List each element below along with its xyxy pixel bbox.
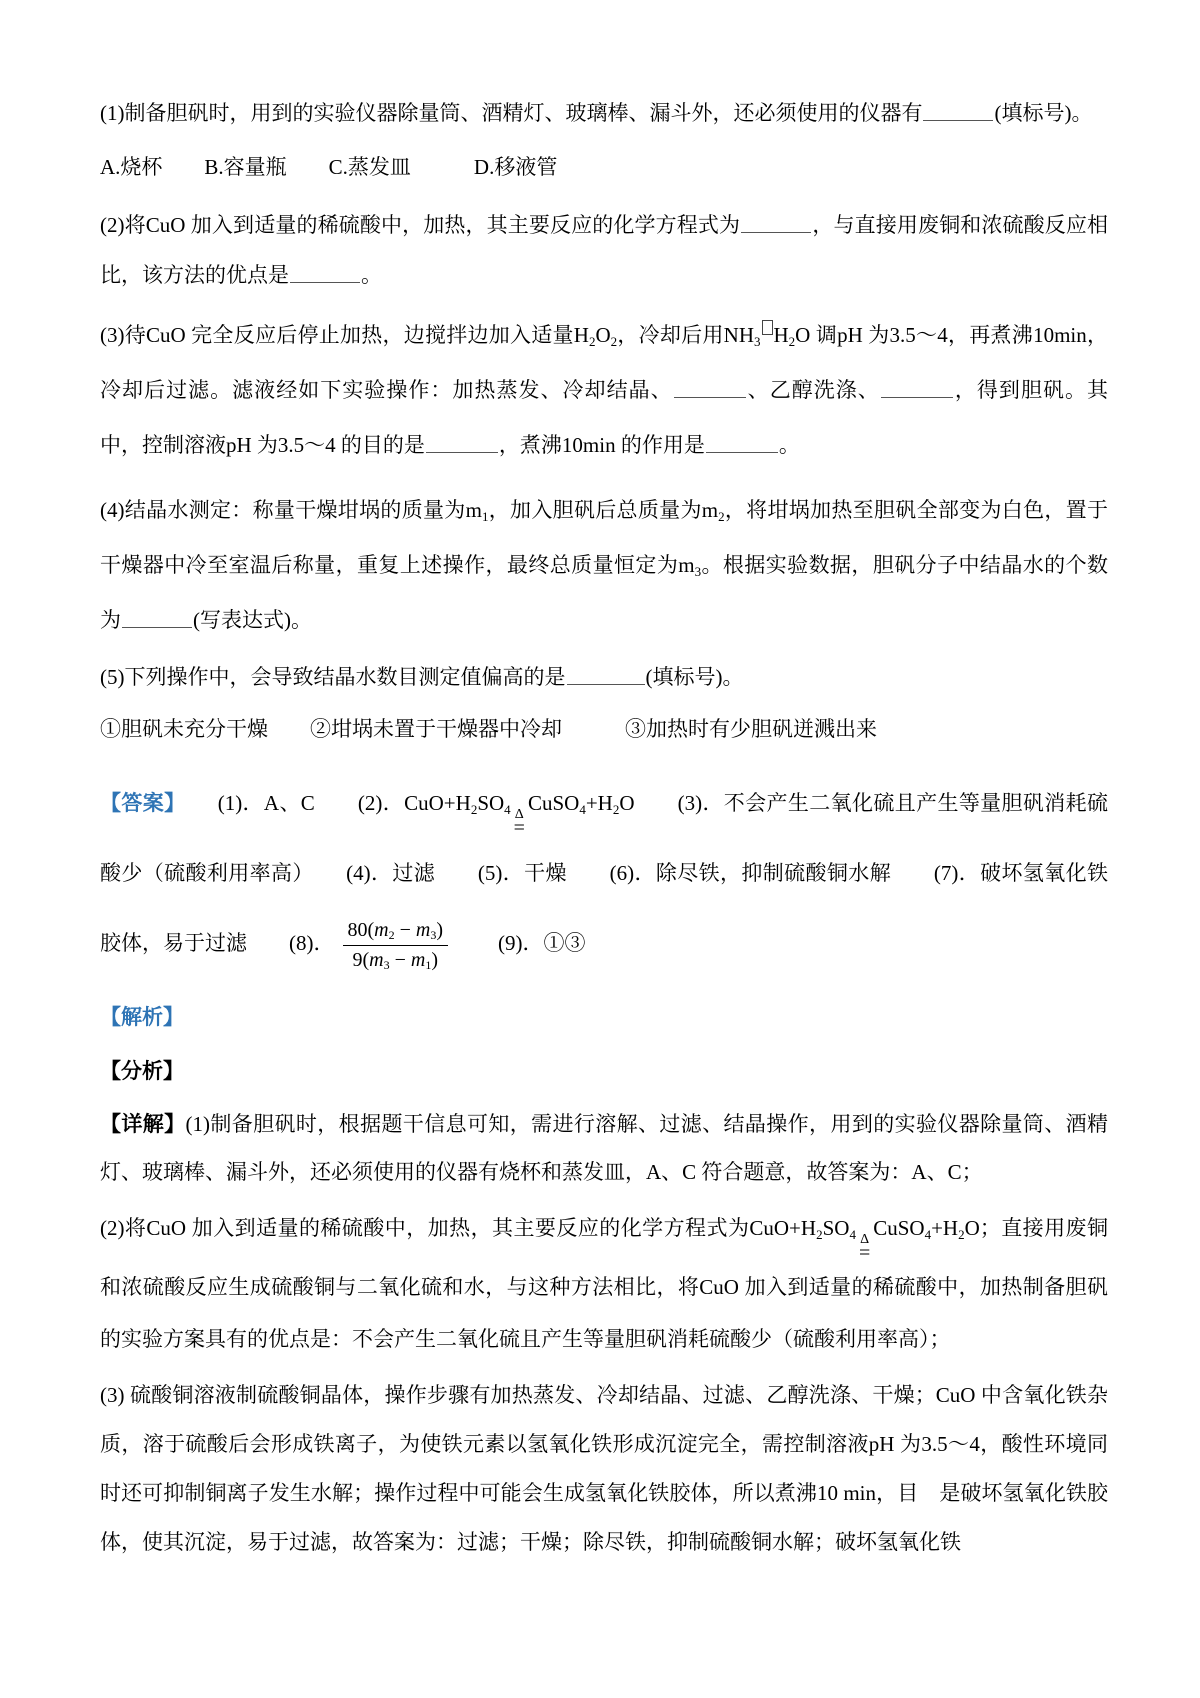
question-5: (5)下列操作中，会导致结晶水数目测定值偏高的是(填标号)。 — [100, 652, 1108, 702]
text-run: (写表达式)。 — [193, 608, 312, 632]
text-run: SO — [477, 791, 504, 815]
equals-sign: = — [859, 1246, 870, 1261]
text-run: 、乙醇洗涤、 — [747, 378, 880, 402]
text-run: (3)待CuO 完全反应后停止加热，边搅拌边加入适量H — [100, 323, 589, 347]
analysis-header: 【解析】 — [100, 992, 1108, 1042]
fraction-numerator: 80(m2 − m3) — [343, 918, 449, 946]
detail-paragraph-3: (3) 硫酸铜溶液制硫酸铜晶体，操作步骤有加热蒸发、冷却结晶、过滤、乙醇洗涤、干… — [100, 1371, 1108, 1567]
fill-in-blank — [706, 436, 778, 453]
equals-sign: = — [514, 821, 525, 836]
text-run: +H — [931, 1216, 958, 1240]
text-run: A.烧杯 B.容量瓶 C.蒸发皿 D.移液管 — [100, 155, 557, 179]
text-run: 。 — [779, 433, 800, 457]
question-2: (2)将CuO 加入到适量的稀硫酸中，加热，其主要反应的化学方程式为，与直接用废… — [100, 200, 1108, 300]
text-run: 9( — [353, 949, 370, 971]
text-run: (1)制备胆矾时，根据题干信息可知，需进行溶解、过滤、结晶操作，用到的实验仪器除… — [100, 1112, 1108, 1184]
italic-variable: m — [374, 919, 388, 941]
italic-variable: m — [416, 919, 430, 941]
text-run: (2)将CuO 加入到适量的稀硫酸中，加热，其主要反应的化学方程式为 — [100, 213, 740, 237]
fill-in-blank — [290, 266, 360, 283]
text-run: (5)下列操作中，会导致结晶水数目测定值偏高的是 — [100, 665, 566, 689]
text-run: (4)结晶水测定：称量干燥坩埚的质量为m — [100, 498, 482, 522]
detail-paragraph-2: (2)将CuO 加入到适量的稀硫酸中，加热，其主要反应的化学方程式为CuO+H2… — [100, 1202, 1108, 1365]
subscript: 4 — [849, 1227, 856, 1242]
text-run: − — [390, 949, 411, 971]
section-label: 【解析】 — [100, 1005, 184, 1029]
text-run: CuSO — [528, 791, 579, 815]
subscript: 3 — [754, 334, 761, 349]
text-run: +H — [586, 791, 613, 815]
question-1: (1)制备胆矾时，用到的实验仪器除量筒、酒精灯、玻璃棒、漏斗外，还必须使用的仪器… — [100, 88, 1108, 138]
text-run: (9)．①③ — [456, 931, 586, 955]
text-run: (2)将CuO 加入到适量的稀硫酸中，加热，其主要反应的化学方程式为CuO+H — [100, 1216, 816, 1240]
text-run: H — [774, 323, 789, 347]
text-run: O (3)．不会产生二氧化硫且产生等量胆矾消耗硫酸少（硫酸利用率高） (4)．过… — [100, 791, 1108, 955]
fraction-denominator: 9(m3 − m1) — [343, 946, 449, 973]
text-run: − — [395, 919, 416, 941]
section-label: 【详解】 — [100, 1112, 186, 1136]
text-run: ) — [436, 919, 443, 941]
text-run: O — [595, 323, 610, 347]
document-body: (1)制备胆矾时，用到的实验仪器除量筒、酒精灯、玻璃棒、漏斗外，还必须使用的仪器… — [100, 88, 1108, 1567]
fill-in-blank — [122, 611, 192, 628]
delta-equals-sign: Δ= — [859, 1233, 870, 1261]
text-run: 80( — [348, 919, 375, 941]
text-run: ，加入胆矾后总质量为m — [488, 498, 718, 522]
question-3: (3)待CuO 完全反应后停止加热，边搅拌边加入适量H2O2，冷却后用NH3H2… — [100, 308, 1108, 473]
missing-glyph-box — [762, 320, 773, 335]
question-4: (4)结晶水测定：称量干燥坩埚的质量为m1，加入胆矾后总质量为m2，将坩埚加热至… — [100, 483, 1108, 648]
text-run: SO — [823, 1216, 850, 1240]
answer-block: 【答案】 (1)．A、C (2)．CuO+H2SO4Δ=CuSO4+H2O (3… — [100, 768, 1108, 978]
fill-in-blank — [674, 381, 746, 398]
analysis-label: 【分析】 — [100, 1046, 1108, 1096]
text-run: CuSO — [873, 1216, 924, 1240]
italic-variable: m — [411, 949, 425, 971]
question-5-choices: ①胆矾未充分干燥 ②坩埚未置于干燥器中冷却 ③加热时有少胆矾迸溅出来 — [100, 704, 1108, 754]
fill-in-blank — [426, 436, 498, 453]
text-run: ，煮沸10min 的作用是 — [499, 433, 705, 457]
fill-in-blank — [741, 216, 811, 233]
italic-variable: m — [369, 949, 383, 971]
delta-equals-sign: Δ= — [514, 808, 525, 836]
text-run: (填标号)。 — [994, 101, 1092, 125]
text-run: (填标号)。 — [646, 665, 744, 689]
text-run: 。 — [361, 263, 382, 287]
fraction: 80(m2 − m3)9(m3 − m1) — [343, 918, 449, 973]
text-run: ，冷却后用NH — [617, 323, 754, 347]
text-run: ) — [431, 949, 438, 971]
question-1-options: A.烧杯 B.容量瓶 C.蒸发皿 D.移液管 — [100, 142, 1108, 192]
text-run: (3) 硫酸铜溶液制硫酸铜晶体，操作步骤有加热蒸发、冷却结晶、过滤、乙醇洗涤、干… — [100, 1383, 1108, 1554]
text-run: (1)．A、C (2)．CuO+H — [175, 791, 471, 815]
fill-in-blank — [881, 381, 953, 398]
section-label: 【答案】 — [100, 791, 175, 815]
text-run: ①胆矾未充分干燥 ②坩埚未置于干燥器中冷却 ③加热时有少胆矾迸溅出来 — [100, 717, 877, 741]
section-label: 【分析】 — [100, 1059, 184, 1083]
fill-in-blank — [923, 104, 993, 121]
exam-page: (1)制备胆矾时，用到的实验仪器除量筒、酒精灯、玻璃棒、漏斗外，还必须使用的仪器… — [0, 0, 1200, 1698]
fill-in-blank — [567, 668, 645, 685]
subscript: 4 — [504, 802, 511, 817]
text-run: (1)制备胆矾时，用到的实验仪器除量筒、酒精灯、玻璃棒、漏斗外，还必须使用的仪器… — [100, 101, 922, 125]
detail-paragraph-1: 【详解】(1)制备胆矾时，根据题干信息可知，需进行溶解、过滤、结晶操作，用到的实… — [100, 1100, 1108, 1196]
